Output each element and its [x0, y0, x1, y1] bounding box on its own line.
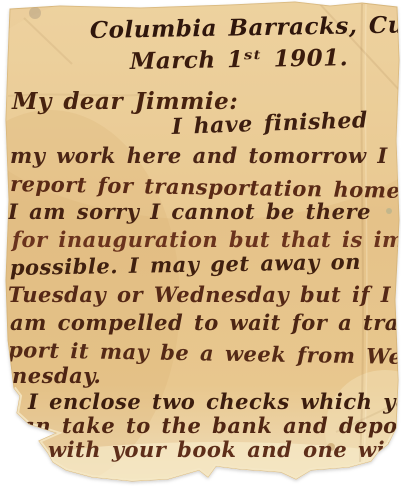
body-line: am compelled to wait for a trans- [10, 310, 401, 335]
letter-scan-canvas: Columbia Barracks, Cuba, March 1ˢᵗ 1901.… [0, 0, 401, 486]
dateline-location: Columbia Barracks, Cuba, [90, 11, 401, 44]
body-line: I enclose two checks which you [27, 389, 401, 414]
body-line: I am sorry I cannot be there [7, 199, 371, 224]
body-line: my work here and tomorrow I [10, 143, 388, 168]
body-line-torn: can take to the bank and deposit; [8, 413, 401, 438]
body-line-torn: with your book and one with [48, 437, 401, 462]
dateline-date: March 1ˢᵗ 1901. [129, 44, 349, 75]
body-line: Tuesday or Wednesday but if I [8, 282, 392, 307]
smudge-stain [29, 7, 41, 19]
salutation: My dear Jimmie: [11, 88, 238, 115]
green-speck-stain [386, 208, 392, 214]
letter-scan: Columbia Barracks, Cuba, March 1ˢᵗ 1901.… [0, 0, 401, 486]
body-line: nesday. [12, 363, 101, 388]
